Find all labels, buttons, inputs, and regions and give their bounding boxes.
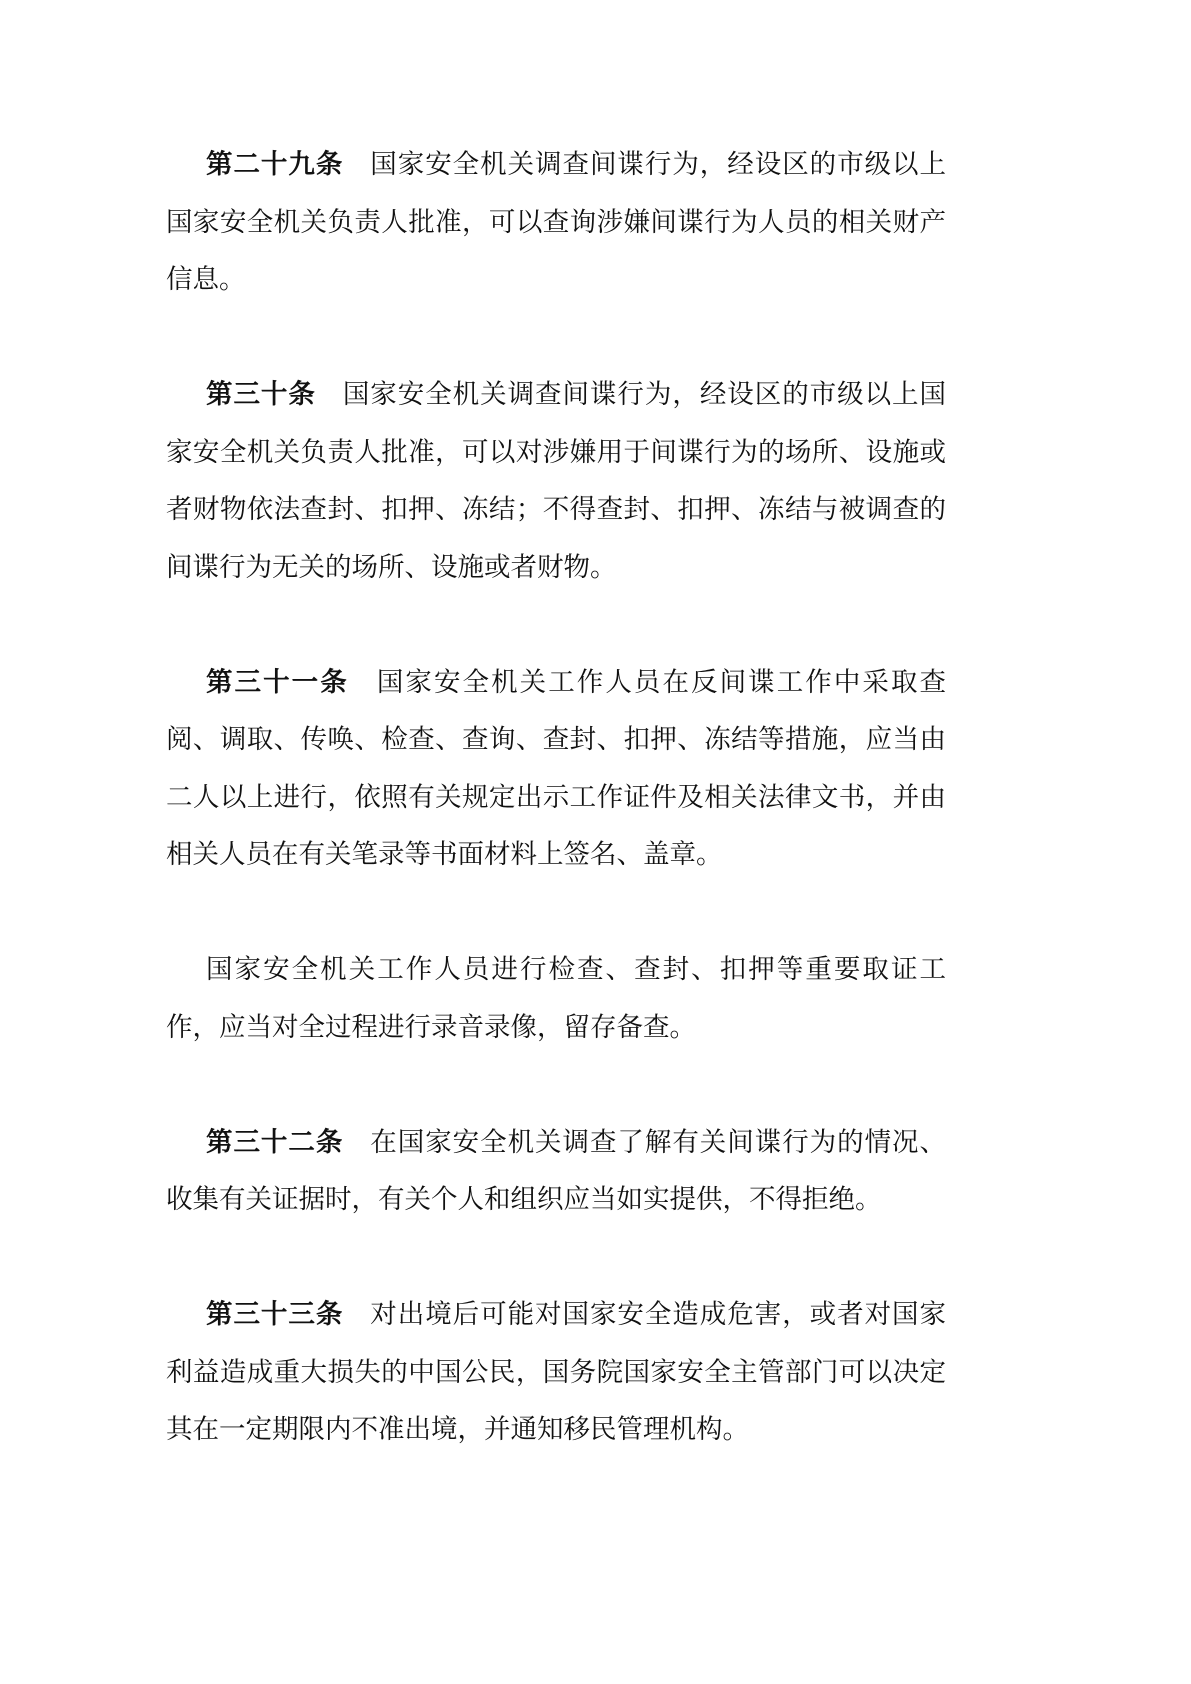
article-31-clause-2: 国家安全机关工作人员进行检查、查封、扣押等重要取证工作，应当对全过程进行录音录像… xyxy=(166,941,946,1056)
article-30: 第三十条国家安全机关调查间谍行为，经设区的市级以上国家安全机关负责人批准，可以对… xyxy=(166,366,946,596)
article-29: 第二十九条国家安全机关调查间谍行为，经设区的市级以上国家安全机关负责人批准，可以… xyxy=(166,136,946,309)
article-number: 第三十条 xyxy=(206,379,316,410)
article-number: 第三十二条 xyxy=(206,1127,343,1158)
article-number: 第二十九条 xyxy=(206,149,343,180)
article-text: 国家安全机关工作人员进行检查、查封、扣押等重要取证工作，应当对全过程进行录音录像… xyxy=(166,954,946,1043)
article-32: 第三十二条在国家安全机关调查了解有关间谍行为的情况、收集有关证据时，有关个人和组… xyxy=(166,1114,946,1229)
article-number: 第三十一条 xyxy=(206,667,349,698)
article-number: 第三十三条 xyxy=(206,1299,343,1330)
document-page: 第二十九条国家安全机关调查间谍行为，经设区的市级以上国家安全机关负责人批准，可以… xyxy=(166,136,946,1516)
article-33: 第三十三条对出境后可能对国家安全造成危害，或者对国家利益造成重大损失的中国公民，… xyxy=(166,1286,946,1459)
article-31: 第三十一条国家安全机关工作人员在反间谍工作中采取查阅、调取、传唤、检查、查询、查… xyxy=(166,654,946,884)
